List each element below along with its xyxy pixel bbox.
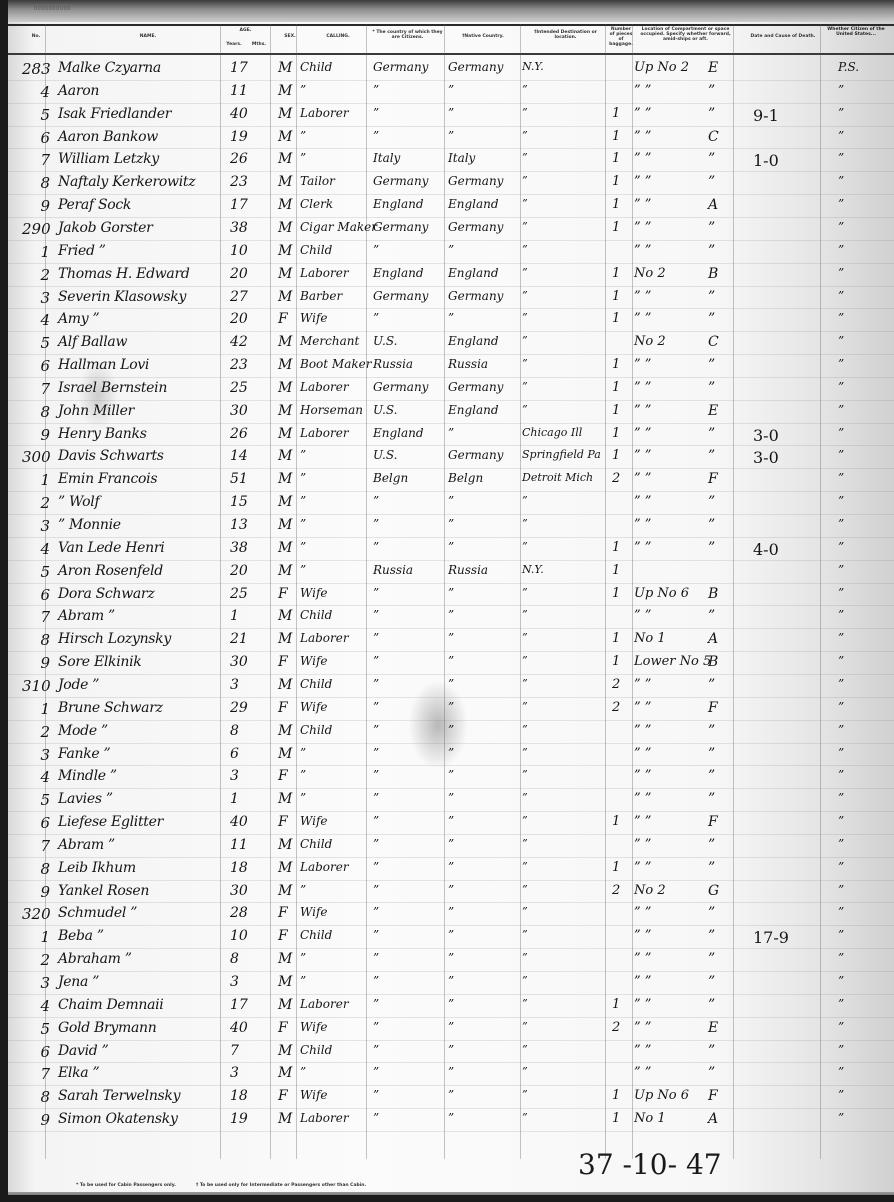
header-destination: †Intended Destination or location. — [523, 30, 608, 40]
passenger-compartment: ” ” — [634, 928, 651, 943]
passenger-baggage-count: 1 — [612, 129, 620, 144]
row-number: 6 — [22, 1043, 50, 1061]
passenger-compartment: Up No 6 — [634, 1088, 689, 1103]
passenger-citizenship: England — [373, 266, 424, 280]
footnote-cabin: * To be used for Cabin Passengers only. — [76, 1183, 176, 1188]
passenger-compartment: ” ” — [634, 768, 651, 783]
header-location: Location of Compartment or space occupie… — [638, 27, 733, 42]
passenger-remark: ” — [838, 106, 844, 120]
margin-annotation: 3-0 — [753, 448, 779, 467]
header-no: No. — [26, 34, 46, 39]
table-row: 290Jakob Gorster38MCigar MakerGermanyGer… — [8, 218, 894, 241]
passenger-baggage-count: 1 — [612, 814, 620, 829]
passenger-destination: ” — [522, 83, 528, 96]
passenger-remark: ” — [838, 746, 844, 760]
passenger-destination: Springfield Pa — [522, 448, 601, 461]
passenger-sex: F — [278, 654, 288, 670]
passenger-section: ” — [708, 997, 715, 1013]
passenger-age: 38 — [230, 540, 248, 556]
passenger-sex: M — [278, 266, 292, 282]
passenger-baggage-count: 1 — [612, 586, 620, 601]
passenger-name: Jakob Gorster — [58, 220, 152, 236]
passenger-section: ” — [708, 860, 715, 876]
passenger-compartment: ” ” — [634, 837, 651, 852]
passenger-citizenship: Germany — [373, 174, 428, 188]
table-row: 9Yankel Rosen30M””””2No 2G” — [8, 881, 894, 904]
passenger-sex: M — [278, 563, 292, 579]
passenger-destination: ” — [522, 608, 528, 621]
table-row: 2Abraham ”8M””””” ””” — [8, 949, 894, 972]
passenger-remark: ” — [838, 768, 844, 782]
passenger-native-country: ” — [448, 83, 454, 97]
row-number: 1 — [22, 243, 50, 261]
passenger-destination: ” — [522, 334, 528, 347]
passenger-remark: ” — [838, 494, 844, 508]
passenger-native-country: Germany — [448, 174, 503, 188]
passenger-compartment: Up No 6 — [634, 586, 689, 601]
passenger-sex: M — [278, 997, 292, 1013]
header-remarks: Whether Citizen of the United States... — [826, 27, 886, 37]
passenger-name: Peraf Sock — [58, 197, 131, 213]
passenger-calling: Wife — [300, 1020, 328, 1034]
passenger-age: 17 — [230, 197, 248, 213]
passenger-remark: ” — [838, 471, 844, 485]
passenger-remark: ” — [838, 837, 844, 851]
passenger-sex: M — [278, 540, 292, 556]
passenger-baggage-count: 2 — [612, 677, 620, 692]
passenger-calling: Child — [300, 1043, 332, 1057]
passenger-citizenship: ” — [373, 860, 379, 874]
passenger-age: 19 — [230, 129, 248, 145]
passenger-calling: Child — [300, 608, 332, 622]
table-row: 3” Monnie13M””””” ””” — [8, 515, 894, 538]
table-row: 1Brune Schwarz29FWife”””2” ”F” — [8, 698, 894, 721]
passenger-native-country: ” — [448, 768, 454, 782]
passenger-calling: Wife — [300, 586, 328, 600]
passenger-compartment: ” ” — [634, 220, 651, 235]
passenger-destination: ” — [522, 905, 528, 918]
passenger-destination: ” — [522, 723, 528, 736]
passenger-section: ” — [708, 311, 715, 327]
passenger-calling: Laborer — [300, 1111, 349, 1125]
passenger-section: ” — [708, 151, 715, 167]
passenger-remark: ” — [838, 357, 844, 371]
passenger-remark: ” — [838, 174, 844, 188]
row-number: 5 — [22, 563, 50, 581]
passenger-section: ” — [708, 448, 715, 464]
passenger-native-country: Germany — [448, 380, 503, 394]
passenger-remark: ” — [838, 563, 844, 577]
passenger-native-country: ” — [448, 814, 454, 828]
passenger-calling: ” — [300, 883, 306, 897]
passenger-native-country: ” — [448, 791, 454, 805]
passenger-calling: Laborer — [300, 380, 349, 394]
passenger-section: ” — [708, 791, 715, 807]
passenger-compartment: ” ” — [634, 860, 651, 875]
margin-annotation: 1-0 — [753, 151, 779, 170]
passenger-native-country: Germany — [448, 289, 503, 303]
passenger-native-country: England — [448, 197, 499, 211]
passenger-citizenship: Belgn — [373, 471, 408, 485]
passenger-section: F — [708, 471, 718, 487]
passenger-age: 26 — [230, 151, 248, 167]
passenger-destination: ” — [522, 1043, 528, 1056]
passenger-remark: ” — [838, 997, 844, 1011]
passenger-age: 29 — [230, 700, 248, 716]
passenger-calling: ” — [300, 448, 306, 462]
passenger-destination: ” — [522, 129, 528, 142]
passenger-section: ” — [708, 768, 715, 784]
passenger-sex: F — [278, 928, 288, 944]
passenger-sex: M — [278, 380, 292, 396]
passenger-native-country: ” — [448, 517, 454, 531]
row-number: 5 — [22, 1020, 50, 1038]
passenger-native-country: ” — [448, 746, 454, 760]
passenger-section: ” — [708, 951, 715, 967]
passenger-destination: ” — [522, 517, 528, 530]
passenger-section: F — [708, 700, 718, 716]
row-number: 310 — [22, 677, 50, 695]
passenger-sex: F — [278, 1088, 288, 1104]
table-row: 4Aaron11M””””” ””” — [8, 81, 894, 104]
passenger-destination: ” — [522, 151, 528, 164]
passenger-age: 3 — [230, 768, 239, 784]
passenger-section: ” — [708, 106, 715, 122]
passenger-citizenship: U.S. — [373, 334, 397, 348]
manifest-page: 0000000000 No. NAME. AGE. Years. Mths. S… — [8, 0, 894, 1195]
passenger-compartment: ” ” — [634, 426, 651, 441]
passenger-native-country: ” — [448, 311, 454, 325]
passenger-age: 23 — [230, 357, 248, 373]
passenger-native-country: ” — [448, 837, 454, 851]
passenger-native-country: ” — [448, 243, 454, 257]
passenger-age: 30 — [230, 883, 248, 899]
passenger-baggage-count: 2 — [612, 1020, 620, 1035]
passenger-compartment: ” ” — [634, 174, 651, 189]
passenger-baggage-count: 1 — [612, 540, 620, 555]
passenger-destination: ” — [522, 654, 528, 667]
header-rule — [8, 24, 894, 26]
passenger-section: ” — [708, 837, 715, 853]
passenger-native-country: ” — [448, 1111, 454, 1125]
passenger-baggage-count: 1 — [612, 631, 620, 646]
table-row: 8Sarah Terwelnsky18FWife”””1Up No 6F” — [8, 1086, 894, 1109]
passenger-calling: Laborer — [300, 426, 349, 440]
passenger-remark: ” — [838, 540, 844, 554]
passenger-section: ” — [708, 517, 715, 533]
passenger-section: E — [708, 1020, 718, 1036]
row-number: 8 — [22, 403, 50, 421]
passenger-compartment: ” ” — [634, 951, 651, 966]
table-row: 9Peraf Sock17MClerkEnglandEngland”1” ”A” — [8, 195, 894, 218]
passenger-remark: ” — [838, 426, 844, 440]
passenger-remark: ” — [838, 380, 844, 394]
scan-top-edge — [8, 0, 894, 22]
table-row: 4Amy ”20FWife”””1” ””” — [8, 309, 894, 332]
passenger-destination: ” — [522, 1088, 528, 1101]
passenger-remark: ” — [838, 928, 844, 942]
row-number: 6 — [22, 129, 50, 147]
passenger-remark: ” — [838, 860, 844, 874]
passenger-section: B — [708, 654, 718, 670]
passenger-name: Thomas H. Edward — [58, 266, 190, 282]
passenger-name: Fried ” — [58, 243, 106, 259]
passenger-section: E — [708, 60, 718, 76]
passenger-age: 40 — [230, 814, 248, 830]
row-number: 5 — [22, 106, 50, 124]
row-number: 4 — [22, 83, 50, 101]
passenger-citizenship: Russia — [373, 563, 413, 577]
passenger-age: 6 — [230, 746, 239, 762]
row-number: 7 — [22, 608, 50, 626]
passenger-calling: ” — [300, 746, 306, 760]
passenger-section: B — [708, 266, 718, 282]
passenger-sex: F — [278, 700, 288, 716]
passenger-name: Sarah Terwelnsky — [58, 1088, 180, 1104]
passenger-remark: ” — [838, 723, 844, 737]
row-number: 2 — [22, 494, 50, 512]
passenger-sex: F — [278, 768, 288, 784]
passenger-citizenship: ” — [373, 677, 379, 691]
passenger-sex: M — [278, 517, 292, 533]
passenger-baggage-count: 1 — [612, 380, 620, 395]
passenger-native-country: ” — [448, 1088, 454, 1102]
passenger-calling: Wife — [300, 311, 328, 325]
table-row: 5Alf Ballaw42MMerchantU.S.England”No 2C” — [8, 332, 894, 355]
passenger-name: William Letzky — [58, 151, 159, 167]
passenger-name: Schmudel ” — [58, 905, 137, 921]
passenger-section: ” — [708, 905, 715, 921]
passenger-citizenship: England — [373, 426, 424, 440]
table-row: 6David ”7MChild”””” ””” — [8, 1041, 894, 1064]
passenger-name: Lavies ” — [58, 791, 113, 807]
passenger-native-country: England — [448, 403, 499, 417]
passenger-compartment: ” ” — [634, 197, 651, 212]
passenger-destination: ” — [522, 974, 528, 987]
passenger-sex: M — [278, 151, 292, 167]
passenger-destination: ” — [522, 1111, 528, 1124]
passenger-calling: Laborer — [300, 631, 349, 645]
row-number: 4 — [22, 997, 50, 1015]
passenger-calling: Barber — [300, 289, 342, 303]
table-row: 9Sore Elkinik30FWife”””1Lower No 5B” — [8, 652, 894, 675]
passenger-name: Van Lede Henri — [58, 540, 164, 556]
passenger-age: 10 — [230, 243, 248, 259]
passenger-sex: M — [278, 174, 292, 190]
passenger-citizenship: ” — [373, 311, 379, 325]
row-number: 3 — [22, 974, 50, 992]
passenger-compartment: ” ” — [634, 106, 651, 121]
passenger-baggage-count: 2 — [612, 471, 620, 486]
table-row: 1Emin Francois51M”BelgnBelgnDetroit Mich… — [8, 469, 894, 492]
table-row: 7William Letzky26M”ItalyItaly”1” ””1-0” — [8, 149, 894, 172]
passenger-calling: Wife — [300, 654, 328, 668]
passenger-compartment: Lower No 5 — [634, 654, 711, 669]
passenger-baggage-count: 1 — [612, 357, 620, 372]
passenger-destination: ” — [522, 631, 528, 644]
passenger-baggage-count: 1 — [612, 174, 620, 189]
table-row: 4Van Lede Henri38M””””1” ””4-0” — [8, 538, 894, 561]
table-row: 9Simon Okatensky19MLaborer”””1No 1A” — [8, 1109, 894, 1132]
passenger-destination: ” — [522, 951, 528, 964]
passenger-sex: M — [278, 448, 292, 464]
passenger-baggage-count: 1 — [612, 1088, 620, 1103]
passenger-name: David ” — [58, 1043, 108, 1059]
margin-annotation: 17-9 — [753, 928, 789, 947]
passenger-citizenship: ” — [373, 243, 379, 257]
passenger-sex: M — [278, 631, 292, 647]
passenger-section: ” — [708, 677, 715, 693]
passenger-section: ” — [708, 220, 715, 236]
passenger-calling: Wife — [300, 814, 328, 828]
table-row: 6Hallman Lovi23MBoot MakerRussiaRussia”1… — [8, 355, 894, 378]
row-number: 320 — [22, 905, 50, 923]
passenger-age: 14 — [230, 448, 248, 464]
passenger-name: John Miller — [58, 403, 134, 419]
passenger-citizenship: ” — [373, 951, 379, 965]
passenger-citizenship: ” — [373, 1020, 379, 1034]
passenger-compartment: ” ” — [634, 791, 651, 806]
passenger-citizenship: Germany — [373, 289, 428, 303]
passenger-sex: F — [278, 586, 288, 602]
passenger-calling: ” — [300, 540, 306, 554]
row-number: 283 — [22, 60, 50, 78]
passenger-section: A — [708, 1111, 718, 1127]
passenger-destination: ” — [522, 746, 528, 759]
row-number: 300 — [22, 448, 50, 466]
passenger-compartment: ” ” — [634, 517, 651, 532]
passenger-age: 8 — [230, 951, 239, 967]
row-number: 9 — [22, 426, 50, 444]
passenger-native-country: Russia — [448, 357, 488, 371]
passenger-sex: F — [278, 905, 288, 921]
passenger-age: 3 — [230, 1065, 239, 1081]
row-number: 5 — [22, 791, 50, 809]
passenger-compartment: ” ” — [634, 311, 651, 326]
passenger-calling: ” — [300, 517, 306, 531]
row-number: 6 — [22, 357, 50, 375]
table-row: 1Fried ”10MChild”””” ””” — [8, 241, 894, 264]
passenger-section: ” — [708, 174, 715, 190]
header-death: Date and Cause of Death. — [743, 34, 823, 39]
passenger-name: Brune Schwarz — [58, 700, 163, 716]
passenger-age: 30 — [230, 403, 248, 419]
passenger-section: ” — [708, 83, 715, 99]
passenger-section: C — [708, 129, 719, 145]
row-number: 8 — [22, 860, 50, 878]
passenger-sex: F — [278, 1020, 288, 1036]
passenger-age: 26 — [230, 426, 248, 442]
passenger-remark: ” — [838, 197, 844, 211]
passenger-sex: M — [278, 494, 292, 510]
row-number: 4 — [22, 311, 50, 329]
table-row: 4Mindle ”3F””””” ””” — [8, 766, 894, 789]
passenger-citizenship: ” — [373, 1088, 379, 1102]
passenger-age: 20 — [230, 563, 248, 579]
passenger-age: 18 — [230, 860, 248, 876]
passenger-baggage-count: 1 — [612, 448, 620, 463]
header-age-months: Mths. — [248, 42, 270, 47]
passenger-destination: ” — [522, 311, 528, 324]
passenger-compartment: ” ” — [634, 1043, 651, 1058]
passenger-remark: ” — [838, 1065, 844, 1079]
passenger-citizenship: ” — [373, 540, 379, 554]
row-number: 2 — [22, 951, 50, 969]
passenger-sex: M — [278, 951, 292, 967]
passenger-section: A — [708, 631, 718, 647]
passenger-age: 30 — [230, 654, 248, 670]
passenger-sex: M — [278, 243, 292, 259]
passenger-age: 11 — [230, 83, 248, 99]
passenger-calling: ” — [300, 129, 306, 143]
passenger-sex: M — [278, 60, 292, 76]
row-number: 8 — [22, 174, 50, 192]
passenger-calling: Merchant — [300, 334, 359, 348]
passenger-name: Hirsch Lozynsky — [58, 631, 171, 647]
passenger-section: ” — [708, 608, 715, 624]
passenger-citizenship: ” — [373, 746, 379, 760]
table-row: 2Mode ”8MChild”””” ””” — [8, 721, 894, 744]
passenger-baggage-count: 1 — [612, 1111, 620, 1126]
passenger-calling: Clerk — [300, 197, 333, 211]
passenger-compartment: ” ” — [634, 357, 651, 372]
table-row: 8Hirsch Lozynsky21MLaborer”””1No 1A” — [8, 629, 894, 652]
table-row: 8Naftaly Kerkerowitz23MTailorGermanyGerm… — [8, 172, 894, 195]
passenger-age: 21 — [230, 631, 248, 647]
passenger-destination: ” — [522, 814, 528, 827]
passenger-remark: ” — [838, 289, 844, 303]
passenger-sex: M — [278, 677, 292, 693]
passenger-section: ” — [708, 243, 715, 259]
passenger-sex: M — [278, 471, 292, 487]
passenger-calling: Laborer — [300, 997, 349, 1011]
passenger-baggage-count: 1 — [612, 563, 620, 578]
passenger-destination: ” — [522, 403, 528, 416]
passenger-native-country: ” — [448, 677, 454, 691]
passenger-citizenship: ” — [373, 723, 379, 737]
row-number: 7 — [22, 380, 50, 398]
passenger-destination: ” — [522, 700, 528, 713]
passenger-remark: ” — [838, 654, 844, 668]
row-number: 8 — [22, 631, 50, 649]
frame-stamp: 0000000000 — [34, 6, 71, 12]
passenger-calling: Tailor — [300, 174, 335, 188]
row-number: 7 — [22, 837, 50, 855]
table-row: 7Elka ”3M””””” ””” — [8, 1063, 894, 1086]
passenger-native-country: ” — [448, 129, 454, 143]
passenger-age: 20 — [230, 311, 248, 327]
passenger-sex: M — [278, 791, 292, 807]
passenger-sex: M — [278, 974, 292, 990]
passenger-destination: ” — [522, 174, 528, 187]
passenger-calling: Laborer — [300, 106, 349, 120]
passenger-remark: ” — [838, 129, 844, 143]
passenger-sex: M — [278, 289, 292, 305]
table-row: 3Jena ”3M””””” ””” — [8, 972, 894, 995]
passenger-citizenship: ” — [373, 997, 379, 1011]
passenger-name: Davis Schwarts — [58, 448, 164, 464]
passenger-baggage-count: 2 — [612, 700, 620, 715]
passenger-remark: ” — [838, 631, 844, 645]
passenger-baggage-count: 1 — [612, 106, 620, 121]
passenger-calling: Child — [300, 60, 332, 74]
passenger-destination: ” — [522, 266, 528, 279]
passenger-name: Elka ” — [58, 1065, 99, 1081]
passenger-age: 11 — [230, 837, 248, 853]
table-row: 2Thomas H. Edward20MLaborerEnglandEnglan… — [8, 264, 894, 287]
passenger-destination: ” — [522, 106, 528, 119]
passenger-name: Dora Schwarz — [58, 586, 154, 602]
